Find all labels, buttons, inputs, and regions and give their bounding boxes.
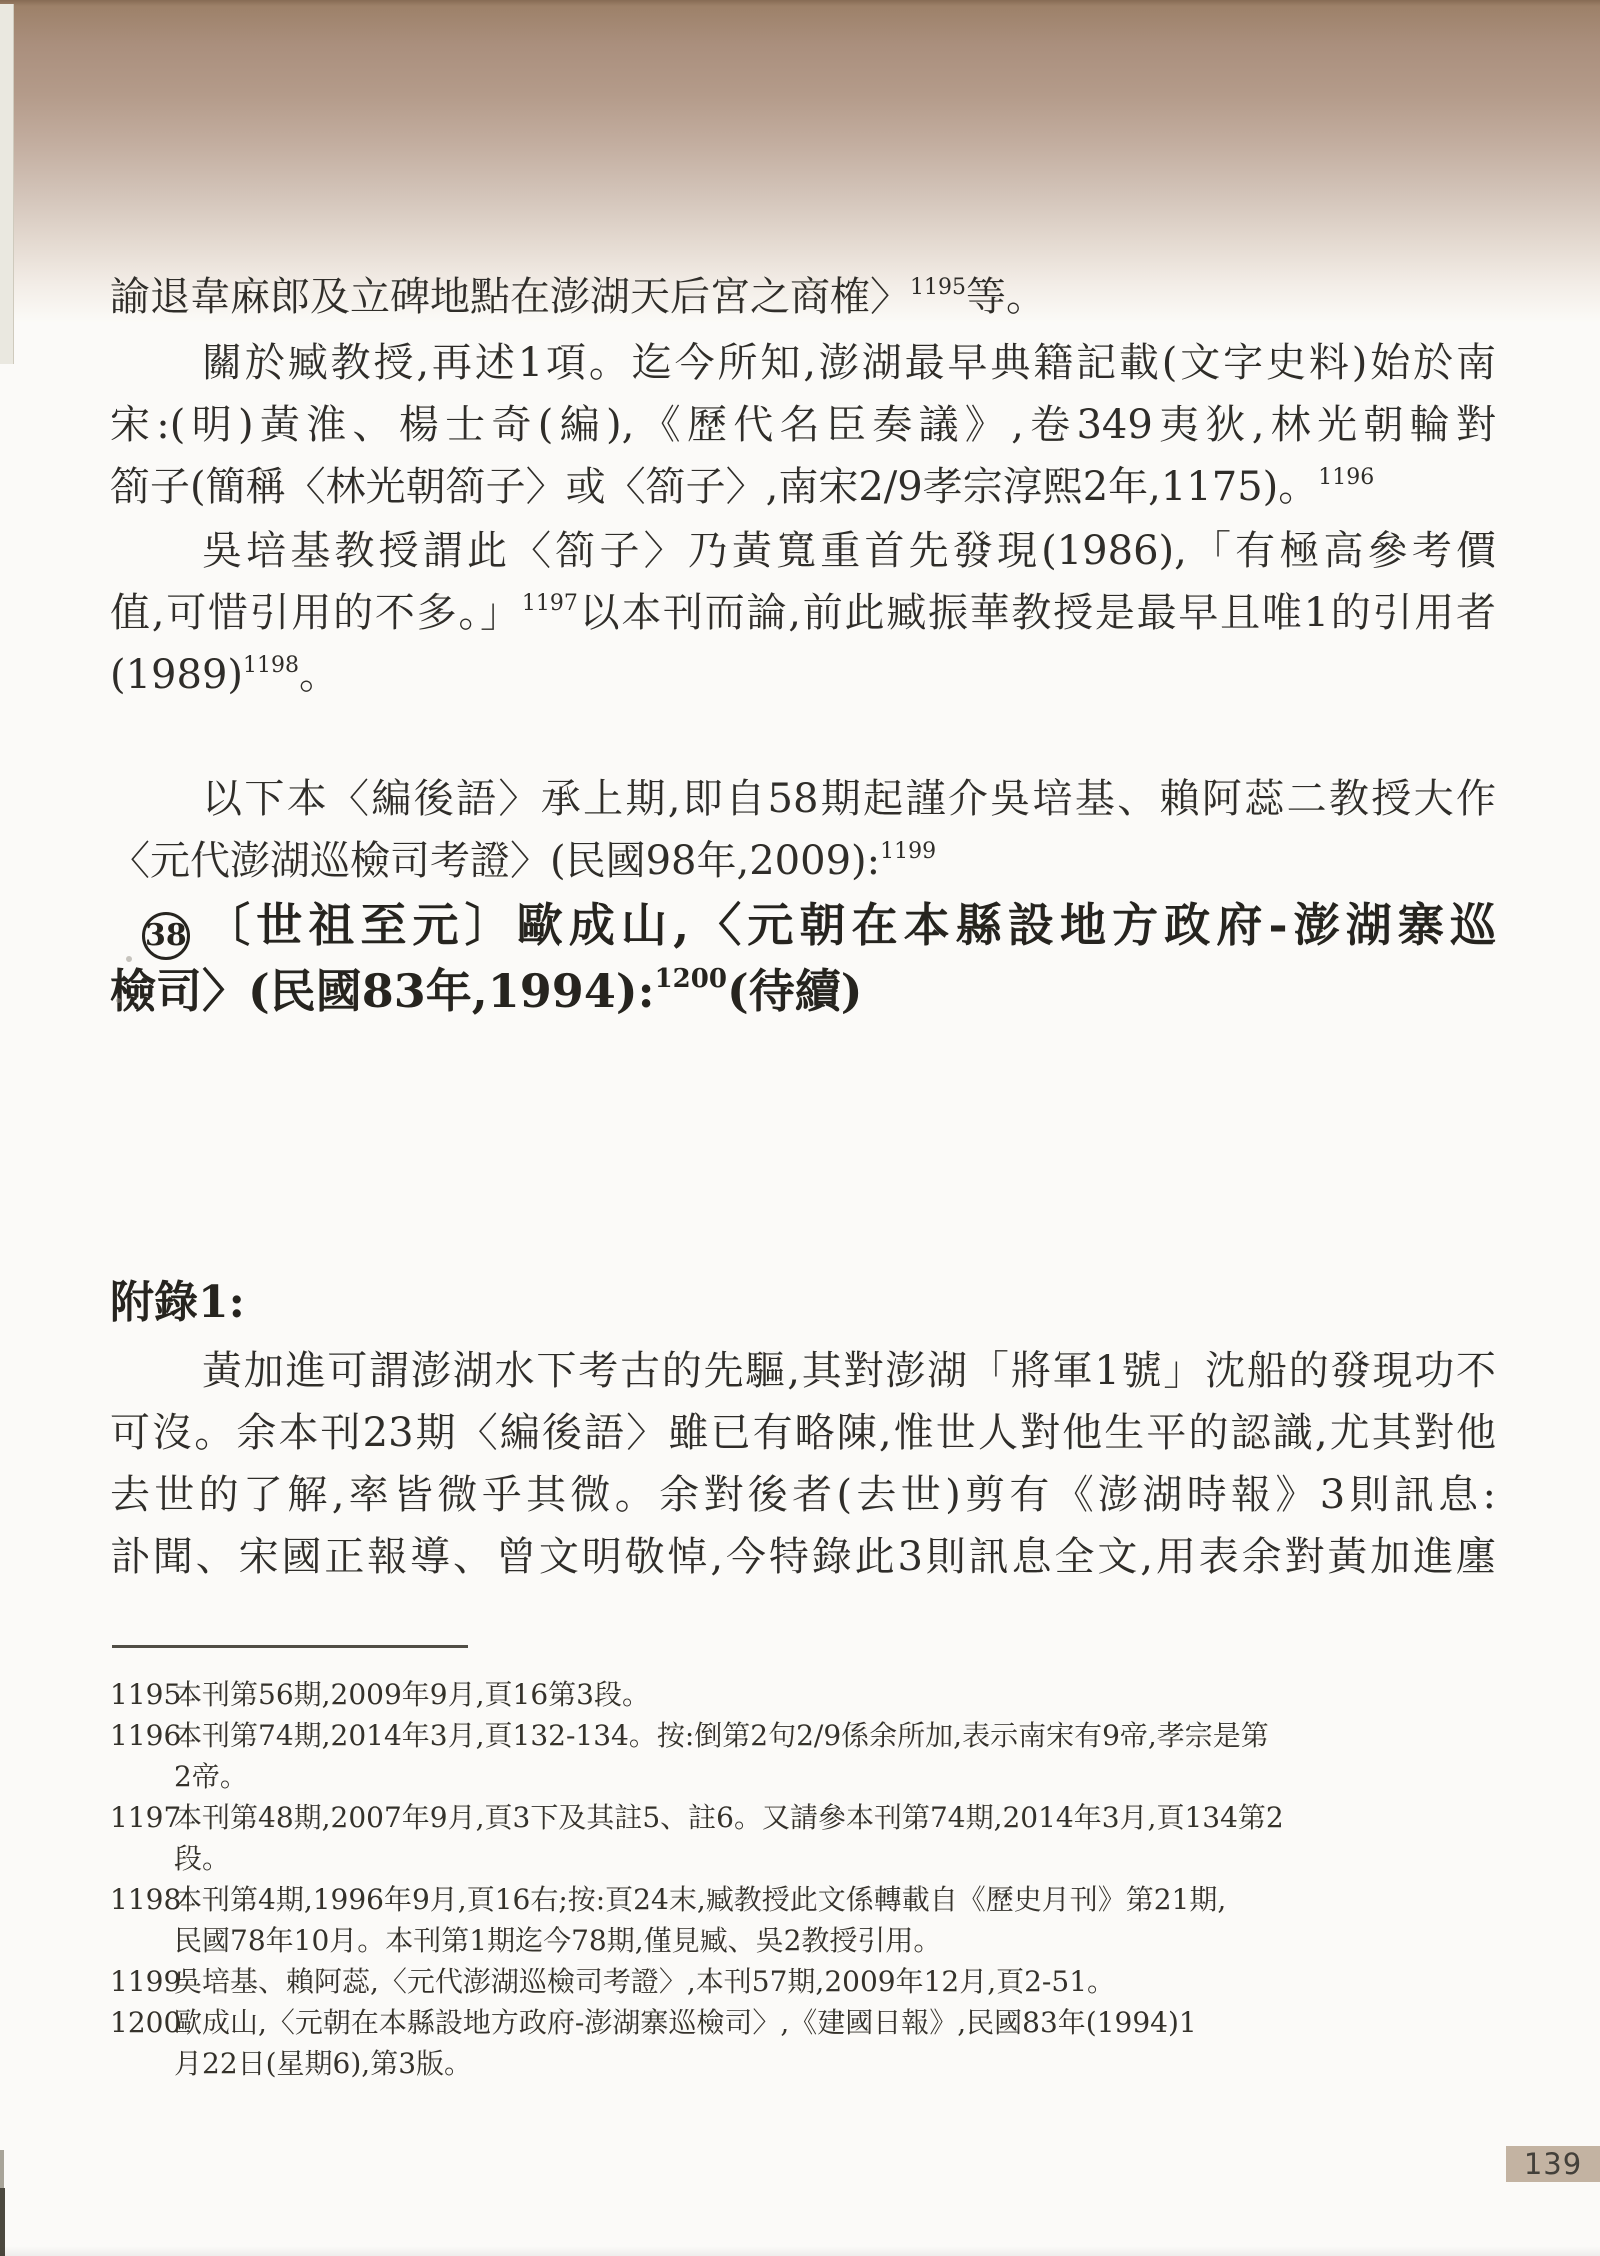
text-run: 〔世祖至元〕歐成山,〈元朝在本縣設地方政府-澎湖寨巡 [198, 898, 1496, 952]
text-run: 箚子(簡稱〈林光朝箚子〉或〈箚子〉,南宋2/9孝宗淳熙2年,1175)。 [110, 464, 1318, 510]
text-run: 諭退韋麻郎及立碑地點在澎湖天后宮之商榷〉 [110, 274, 910, 320]
text-run: 關於臧教授,再述1項。迄今所知,澎湖最早典籍記載(文字史料)始於南 [202, 340, 1496, 386]
footnote-ref: 1198 [243, 653, 299, 678]
text-line: 〈元代澎湖巡檢司考證〉(民國98年,2009):1199 [110, 830, 1496, 892]
footnote-ref: 1200 [655, 964, 727, 994]
text-run: 值,可惜引用的不多。」 [110, 590, 522, 636]
footnote-ref: 1195 [910, 275, 966, 300]
text-line: 黃加進可謂澎湖水下考古的先驅,其對澎湖「將軍1號」沈船的發現功不 [110, 1340, 1496, 1402]
footnote: 1197本刊第48期,2007年9月,頁3下及其註5、註6。又請參本刊第74期,… [110, 1797, 1502, 1838]
text-line: 箚子(簡稱〈林光朝箚子〉或〈箚子〉,南宋2/9孝宗淳熙2年,1175)。1196 [110, 456, 1496, 518]
scan-edge-left [0, 4, 14, 364]
text-run: 訃聞、宋國正報導、曾文明敬悼,今特錄此3則訊息全文,用表余對黃加進廛 [110, 1534, 1496, 1580]
text-run: 以下本〈編後語〉承上期,即自58期起謹介吳培基、賴阿蕊二教授大作 [202, 776, 1496, 822]
text-line: 可沒。余本刊23期〈編後語〉雖已有略陳,惟世人對他生平的認識,尤其對他 [110, 1402, 1496, 1464]
text-line: 諭退韋麻郎及立碑地點在澎湖天后宮之商榷〉1195等。 [110, 266, 1496, 328]
text-run: 可沒。余本刊23期〈編後語〉雖已有略陳,惟世人對他生平的認識,尤其對他 [110, 1410, 1496, 1456]
scan-speck [116, 998, 121, 1003]
footnote-ref: 1197 [522, 591, 578, 616]
text-line: 值,可惜引用的不多。」1197以本刊而論,前此臧振華教授是最早且唯1的引用者 [110, 582, 1496, 644]
footnote-number: 1197 [110, 1797, 174, 1838]
text-line: 關於臧教授,再述1項。迄今所知,澎湖最早典籍記載(文字史料)始於南 [110, 332, 1496, 394]
text-run: 附錄1: [110, 1277, 245, 1328]
footnote: 1196本刊第74期,2014年3月,頁132-134。按:倒第2句2/9係余所… [110, 1715, 1502, 1756]
scan-speck [126, 956, 132, 962]
footnote-text: 月22日(星期6),第3版。 [174, 2047, 472, 2080]
paragraph-wu-peiji: 吳培基教授謂此〈箚子〉乃黃寬重首先發現(1986),「有極高參考價值,可惜引用的… [110, 520, 1496, 706]
text-line: (1989)1198。 [110, 644, 1496, 706]
text-run: 宋:(明)黃淮、楊士奇(編),《歷代名臣奏議》,卷349夷狄,林光朝輪對 [110, 402, 1496, 448]
footnote-text: 吳培基、賴阿蕊,〈元代澎湖巡檢司考證〉,本刊57期,2009年12月,頁2-51… [174, 1965, 1115, 1998]
footnote-number: 1195 [110, 1674, 174, 1715]
text-run: (待續) [727, 964, 863, 1018]
footnote-ref: 1199 [880, 839, 936, 864]
footnote-number: 1200 [110, 2002, 174, 2043]
footnote-text: 段。 [174, 1842, 230, 1875]
scan-bottom-shade [0, 2246, 1600, 2256]
footnote-separator [112, 1645, 468, 1648]
footnote-continuation: 段。 [110, 1838, 1502, 1879]
footnote: 1198本刊第4期,1996年9月,頁16右;按:頁24末,臧教授此文係轉載自《… [110, 1879, 1502, 1920]
footnote-text: 本刊第4期,1996年9月,頁16右;按:頁24末,臧教授此文係轉載自《歷史月刊… [174, 1883, 1226, 1916]
paragraph-editorial-note: 以下本〈編後語〉承上期,即自58期起謹介吳培基、賴阿蕊二教授大作〈元代澎湖巡檢司… [110, 768, 1496, 892]
footnote-continuation: 月22日(星期6),第3版。 [110, 2043, 1502, 2084]
circled-number: 38 [142, 912, 190, 960]
scan-speck [1252, 1437, 1259, 1441]
footnote-text: 本刊第48期,2007年9月,頁3下及其註5、註6。又請參本刊第74期,2014… [174, 1801, 1284, 1834]
scan-edge-mark [0, 2150, 4, 2190]
text-line: 吳培基教授謂此〈箚子〉乃黃寬重首先發現(1986),「有極高參考價 [110, 520, 1496, 582]
text-run: 檢司〉(民國83年,1994): [110, 964, 655, 1018]
footnote-continuation: 民國78年10月。本刊第1期迄今78期,僅見臧、吳2教授引用。 [110, 1920, 1502, 1961]
footnote: 1200歐成山,〈元朝在本縣設地方政府-澎湖寨巡檢司〉,《建國日報》,民國83年… [110, 2002, 1502, 2043]
scanned-journal-page: 諭退韋麻郎及立碑地點在澎湖天后宮之商榷〉1195等。 關於臧教授,再述1項。迄今… [0, 0, 1600, 2256]
footnote: 1195本刊第56期,2009年9月,頁16第3段。 [110, 1674, 1502, 1715]
text-line: 以下本〈編後語〉承上期,即自58期起謹介吳培基、賴阿蕊二教授大作 [110, 768, 1496, 830]
text-line: 去世的了解,率皆微乎其微。余對後者(去世)剪有《澎湖時報》3則訊息: [110, 1464, 1496, 1526]
footnote-number: 1198 [110, 1879, 174, 1920]
footnote-text: 本刊第56期,2009年9月,頁16第3段。 [174, 1678, 650, 1711]
text-run: 等。 [966, 274, 1046, 320]
footnote-number: 1199 [110, 1961, 174, 2002]
text-run: 黃加進可謂澎湖水下考古的先驅,其對澎湖「將軍1號」沈船的發現功不 [202, 1348, 1496, 1394]
paragraph-zang-professor: 關於臧教授,再述1項。迄今所知,澎湖最早典籍記載(文字史料)始於南宋:(明)黃淮… [110, 332, 1496, 518]
text-run: 。 [299, 652, 339, 698]
paragraph-huang-jiajin: 黃加進可謂澎湖水下考古的先驅,其對澎湖「將軍1號」沈船的發現功不可沒。余本刊23… [110, 1340, 1496, 1588]
page-number: 139 [1506, 2146, 1600, 2182]
text-line: 38〔世祖至元〕歐成山,〈元朝在本縣設地方政府-澎湖寨巡 [110, 892, 1496, 958]
text-line: 宋:(明)黃淮、楊士奇(編),《歷代名臣奏議》,卷349夷狄,林光朝輪對 [110, 394, 1496, 456]
paragraph-item-38: 38〔世祖至元〕歐成山,〈元朝在本縣設地方政府-澎湖寨巡檢司〉(民國83年,19… [110, 892, 1496, 1024]
text-run: 去世的了解,率皆微乎其微。余對後者(去世)剪有《澎湖時報》3則訊息: [110, 1472, 1496, 1518]
footnote-text: 民國78年10月。本刊第1期迄今78期,僅見臧、吳2教授引用。 [174, 1924, 941, 1957]
text-run: 吳培基教授謂此〈箚子〉乃黃寬重首先發現(1986),「有極高參考價 [202, 528, 1496, 574]
paragraph-continuation: 諭退韋麻郎及立碑地點在澎湖天后宮之商榷〉1195等。 [110, 266, 1496, 328]
text-run: 〈元代澎湖巡檢司考證〉(民國98年,2009): [110, 838, 880, 884]
footnote-ref: 1196 [1318, 465, 1374, 490]
text-line: 附錄1: [110, 1272, 1496, 1334]
footnote-number: 1196 [110, 1715, 174, 1756]
footnote-continuation: 2帝。 [110, 1756, 1502, 1797]
footnote-text: 2帝。 [174, 1760, 248, 1793]
text-run: (1989) [110, 652, 243, 698]
footnotes-section: 1195本刊第56期,2009年9月,頁16第3段。1196本刊第74期,201… [110, 1674, 1502, 2084]
text-line: 訃聞、宋國正報導、曾文明敬悼,今特錄此3則訊息全文,用表余對黃加進廛 [110, 1526, 1496, 1588]
appendix-heading: 附錄1: [110, 1272, 1496, 1334]
footnote-text: 本刊第74期,2014年3月,頁132-134。按:倒第2句2/9係余所加,表示… [174, 1719, 1269, 1752]
footnote-text: 歐成山,〈元朝在本縣設地方政府-澎湖寨巡檢司〉,《建國日報》,民國83年(199… [174, 2006, 1197, 2039]
text-line: 檢司〉(民國83年,1994):1200(待續) [110, 958, 1496, 1024]
footnote: 1199吳培基、賴阿蕊,〈元代澎湖巡檢司考證〉,本刊57期,2009年12月,頁… [110, 1961, 1502, 2002]
text-run: 以本刊而論,前此臧振華教授是最早且唯1的引用者 [578, 590, 1496, 636]
